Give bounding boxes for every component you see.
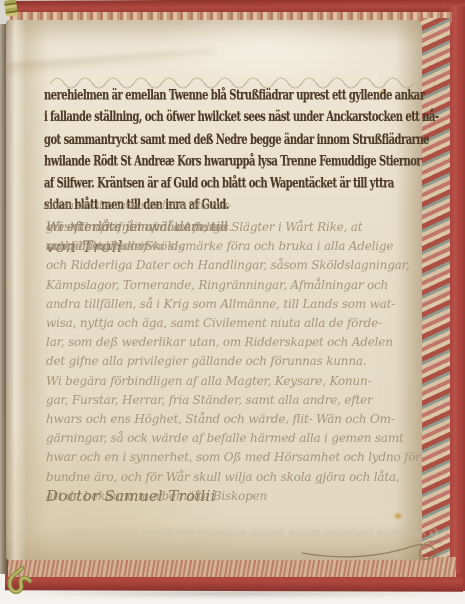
cursive-line: Kämpslagor, Tornerande, Ringränningar, A…	[46, 276, 440, 295]
cursive-line: lar, som deß wederlikar utan, om Ridders…	[46, 333, 440, 352]
cursive-line: och Ridderliga Dater och Handlingar, sås…	[46, 256, 440, 275]
book-drop-shadow	[12, 590, 452, 597]
cursive-text-block: gör här ofwantil afmålat finnes. Wi efte…	[46, 218, 440, 487]
heraldic-line: af Silfwer. Kräntsen är af Guld och blåt…	[44, 174, 440, 196]
cursive-segment: samt detta Namn	[46, 237, 149, 256]
manuscript-photo: nerehielmen är emellan Twenne blå Strußf…	[0, 0, 465, 604]
heraldic-line: got sammantryckt samt med deß Nedre begg…	[44, 130, 440, 152]
heraldic-line: i fallande ställning, och öfwer hwilcket…	[44, 108, 440, 130]
cursive-line: det gifne alla privilegier gällande och …	[46, 352, 440, 371]
cursive-line: hwar och en i synnerhet, som Oß med Hörs…	[46, 448, 440, 467]
heraldic-line: nerehielmen är emellan Twenne blå Strußf…	[44, 86, 440, 108]
headband	[4, 0, 18, 17]
heraldic-description-block: nerehielmen är emellan Twenne blå Strußf…	[44, 86, 440, 196]
signature-flourish	[298, 536, 448, 564]
bleed-through-ghost-text: G nummun munnum muun mnum munnummm nnum …	[96, 526, 438, 539]
heraldic-line-faint-tail: Adelen som det samma med sina rätta Här-	[44, 196, 231, 218]
cursive-segment-emphasis: Wi efterlåte jemwäl dem, till	[46, 218, 228, 237]
cursive-line: wisa, nyttja och äga, samt Civilement ni…	[46, 314, 440, 333]
cursive-line: bundne äro, och för Wår skull wilja och …	[46, 468, 440, 487]
samuel-troilii-signature: Doctor Samuel Troilii	[46, 487, 216, 506]
heraldic-line: hwilande Rödt St Andreæ Kors hwaruppå ly…	[44, 152, 440, 174]
cursive-line: andra tillfällen, så i Krig som Allmänne…	[46, 295, 440, 314]
cursive-line: gärningar, så ock wärde af befalle härme…	[46, 429, 440, 448]
cursive-line: hwars och ens Höghet, Stånd och wärde, f…	[46, 410, 440, 429]
cursive-line: Wi begära förbindligen af alla Magter, K…	[46, 372, 440, 391]
cursive-line: gar, Furstar, Herrar, fria Ständer, samt…	[46, 391, 440, 410]
manuscript-text: nerehielmen är emellan Twenne blå Strußf…	[44, 86, 440, 560]
bookmark-cord	[4, 568, 40, 604]
